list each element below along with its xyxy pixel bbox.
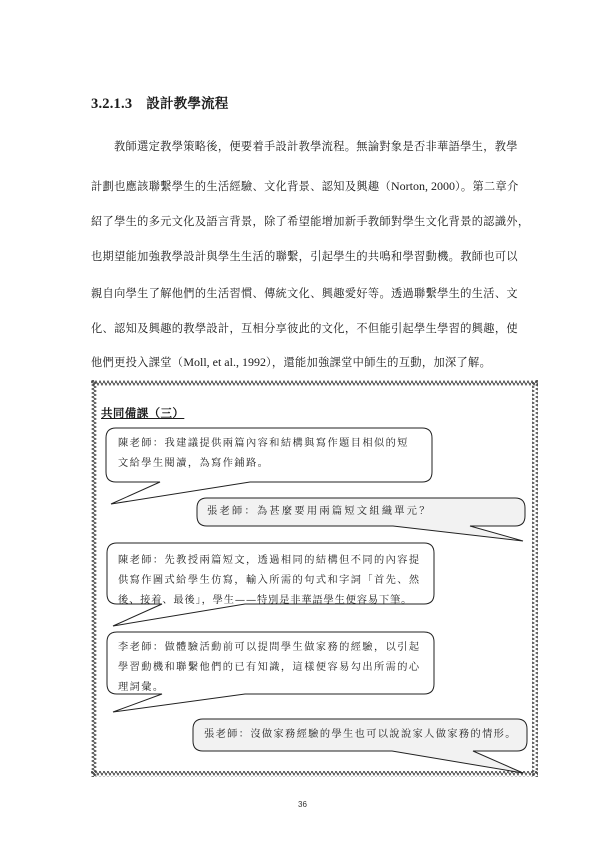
bubble-4-line: 理詞彙。 [118, 678, 165, 698]
bubble-2-line: 張老師：為甚麼要用兩篇短文組織單元？ [207, 502, 432, 522]
bubble-1-line: 陳老師：我建議提供兩篇內容和結構與寫作題目相似的短 [118, 434, 409, 454]
bubble-5-line: 張老師：沒做家務經驗的學生也可以說說家人做家務的情形。 [204, 725, 517, 745]
bubble-3-line: 陳老師：先教授兩篇短文，透過相同的結構但不同的內容提 [118, 551, 421, 571]
bubble-3-line: 後、接着、最後」，學生——特別是非華語學生便容易下筆。 [118, 591, 412, 611]
bubble-3-line: 供寫作圖式給學生仿寫，輸入所需的句式和字詞「首先、然 [118, 571, 421, 591]
page-number: 36 [298, 800, 307, 809]
bubble-4-line: 學習動機和聯繫他們的已有知識，這樣便容易勾出所需的心 [118, 658, 421, 678]
bubble-4-line: 李老師：做體驗活動前可以提問學生做家務的經驗，以引起 [118, 638, 421, 658]
bubble-1-line: 文給學生閱讀，為寫作鋪路。 [118, 454, 269, 474]
